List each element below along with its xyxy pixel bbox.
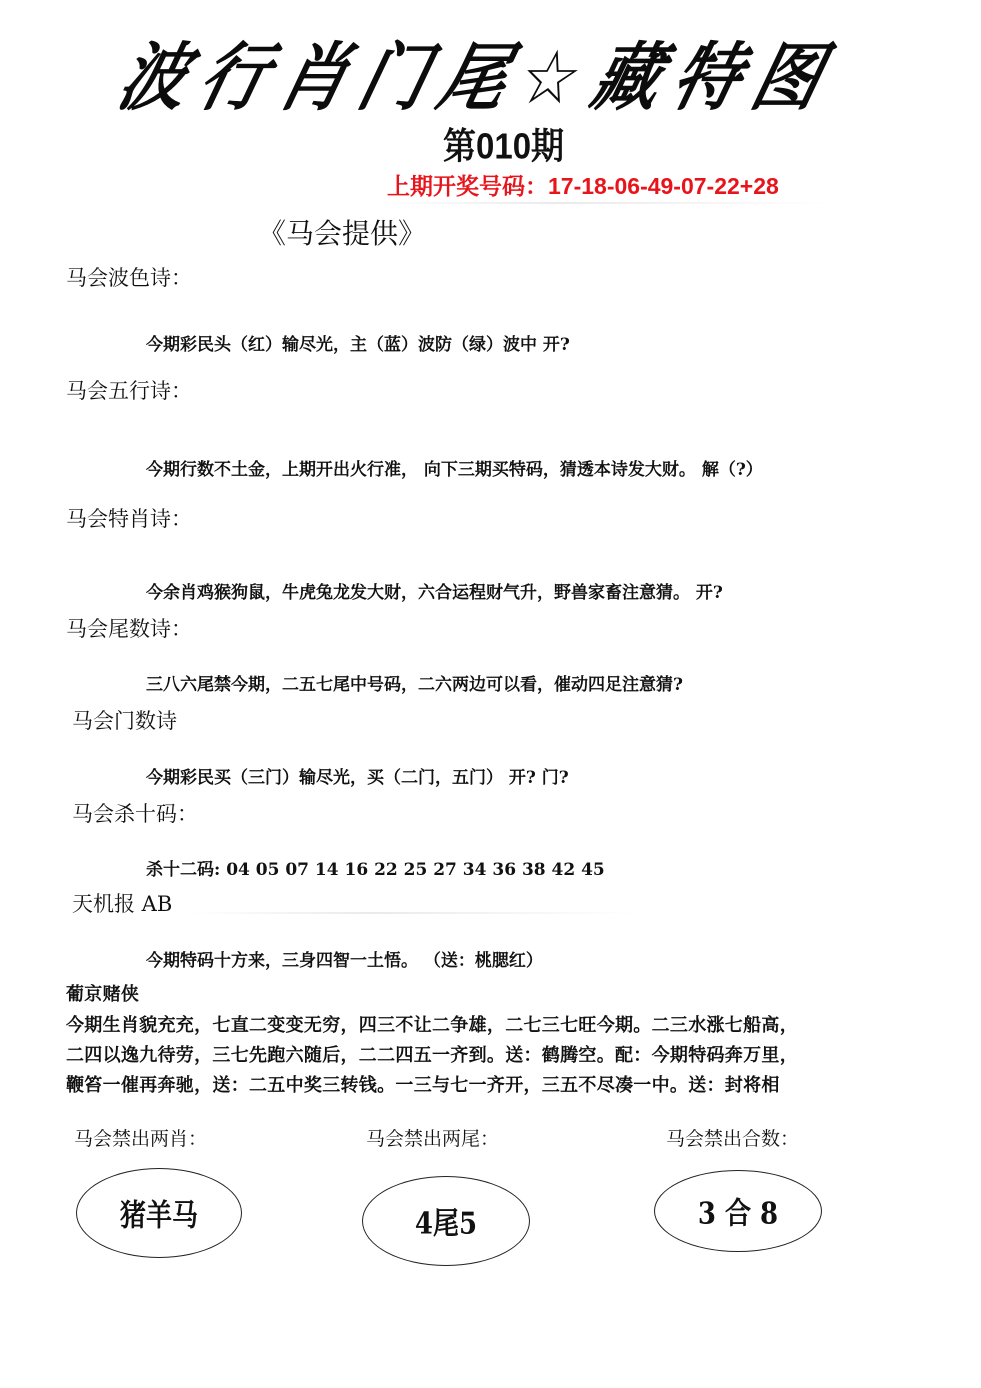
poem-special-zodiac: 今余肖鸡猴狗鼠，牛虎兔龙发大财，六合运程财气升，野兽家畜注意猜。 开? bbox=[146, 578, 723, 603]
poem-tail-numbers: 三八六尾禁今期，二五七尾中号码，二六两边可以看，催动四足注意猜? bbox=[146, 670, 683, 695]
ban-sum-value: 3 合 8 bbox=[698, 1190, 778, 1233]
ban-sum-label: 马会禁出合数： bbox=[666, 1124, 799, 1151]
divider bbox=[380, 202, 830, 204]
section-heading-wave-color: 马会波色诗： bbox=[66, 262, 192, 292]
ban-tail-badge: 4尾5 bbox=[362, 1176, 530, 1266]
poem-wave-color: 今期彩民头（红）输尽光，主（蓝）波防（绿）波中 开? bbox=[146, 330, 570, 355]
section-heading-tail-numbers: 马会尾数诗： bbox=[66, 613, 192, 643]
section-heading-gambler: 葡京赌侠 bbox=[66, 980, 139, 1006]
section-heading-tianji: 天机报 AB bbox=[72, 888, 172, 918]
poem-gate-numbers: 今期彩民买（三门）输尽光，买（二门，五门） 开? 门? bbox=[146, 763, 569, 788]
ban-sum-badge: 3 合 8 bbox=[654, 1170, 822, 1252]
last-draw-results: 上期开奖号码：17-18-06-49-07-22+28 bbox=[387, 168, 779, 201]
issue-number: 第010期 bbox=[443, 118, 564, 170]
gambler-line: 鞭笞一催再奔驰，送：二五中奖三转钱。一三与七一齐开，三五不尽凑一中。送：封将相 bbox=[66, 1071, 780, 1097]
section-heading-kill-numbers: 马会杀十码： bbox=[72, 798, 198, 828]
ban-zodiac-value: 猪羊马 bbox=[120, 1192, 198, 1235]
provider-caption: 《马会提供》 bbox=[258, 212, 426, 252]
ban-zodiac-badge: 猪羊马 bbox=[76, 1168, 242, 1258]
ban-tail-value: 4尾5 bbox=[415, 1200, 477, 1243]
poem-five-elements: 今期行数不土金，上期开出火行准， 向下三期买特码，猜透本诗发大财。 解（?） bbox=[146, 455, 763, 480]
kill-numbers-list: 杀十二码: 04 05 07 14 16 22 25 27 34 36 38 4… bbox=[146, 855, 605, 880]
divider bbox=[190, 912, 640, 914]
section-heading-five-elements: 马会五行诗： bbox=[66, 375, 192, 405]
ban-tail-label: 马会禁出两尾： bbox=[366, 1124, 499, 1151]
ban-zodiac-label: 马会禁出两肖： bbox=[74, 1124, 207, 1151]
poem-tianji: 今期特码十方来，三身四智一土悟。 （送：桃腮红） bbox=[146, 946, 543, 971]
section-heading-gate-numbers: 马会门数诗 bbox=[72, 705, 177, 735]
gambler-line: 今期生肖貌充充，七直二变变无穷，四三不让二争雄，二七三七旺今期。二三水涨七船高， bbox=[66, 1011, 798, 1037]
page-title: 波行肖门尾☆藏特图 bbox=[109, 18, 849, 124]
section-heading-special-zodiac: 马会特肖诗： bbox=[66, 503, 192, 533]
gambler-line: 二四以逸九待劳，三七先跑六随后，二二四五一齐到。送：鹤腾空。配：今期特码奔万里， bbox=[66, 1041, 798, 1067]
